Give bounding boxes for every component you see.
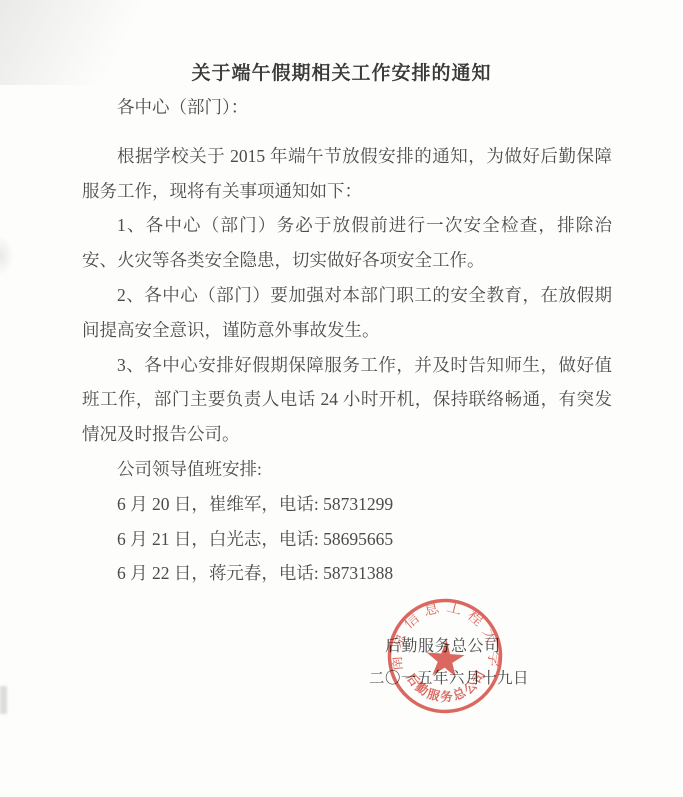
page-title: 关于端午假期相关工作安排的通知 [0,58,683,85]
duty-roster-line: 6 月 20 日，崔维军，电话: 58731299 [82,487,612,522]
scan-smudge-left [0,236,14,276]
salutation: 各中心（部门）： [82,90,612,125]
stamp-star-icon [425,639,465,678]
duty-roster-header: 公司领导值班安排: [82,452,612,487]
paragraph-item-3: 3、各中心安排好假期保障服务工作，并及时告知师生，做好值班工作，部门主要负责人电… [82,348,612,452]
notice-body: 各中心（部门）： 根据学校关于 2015 年端午节放假安排的通知，为做好后勤保障… [82,90,612,591]
paragraph-item-2: 2、各中心（部门）要加强对本部门职工的安全教育，在放假期间提高安全意识，谨防意外… [82,278,612,348]
paragraph-intro: 根据学校关于 2015 年端午节放假安排的通知，为做好后勤保障服务工作，现将有关… [82,139,612,209]
official-stamp: 南京信息工程大学 后勤服务总公司 [380,591,510,721]
duty-roster-line: 6 月 22 日，蒋元春，电话: 58731388 [82,556,612,591]
paragraph-item-1: 1、各中心（部门）务必于放假前进行一次安全检查，排除治安、火灾等各类安全隐患，切… [82,208,612,278]
scanned-notice-page: 关于端午假期相关工作安排的通知 各中心（部门）： 根据学校关于 2015 年端午… [0,0,683,797]
duty-roster-line: 6 月 21 日，白光志，电话: 58695665 [82,522,612,557]
scan-mark-left [0,686,7,714]
